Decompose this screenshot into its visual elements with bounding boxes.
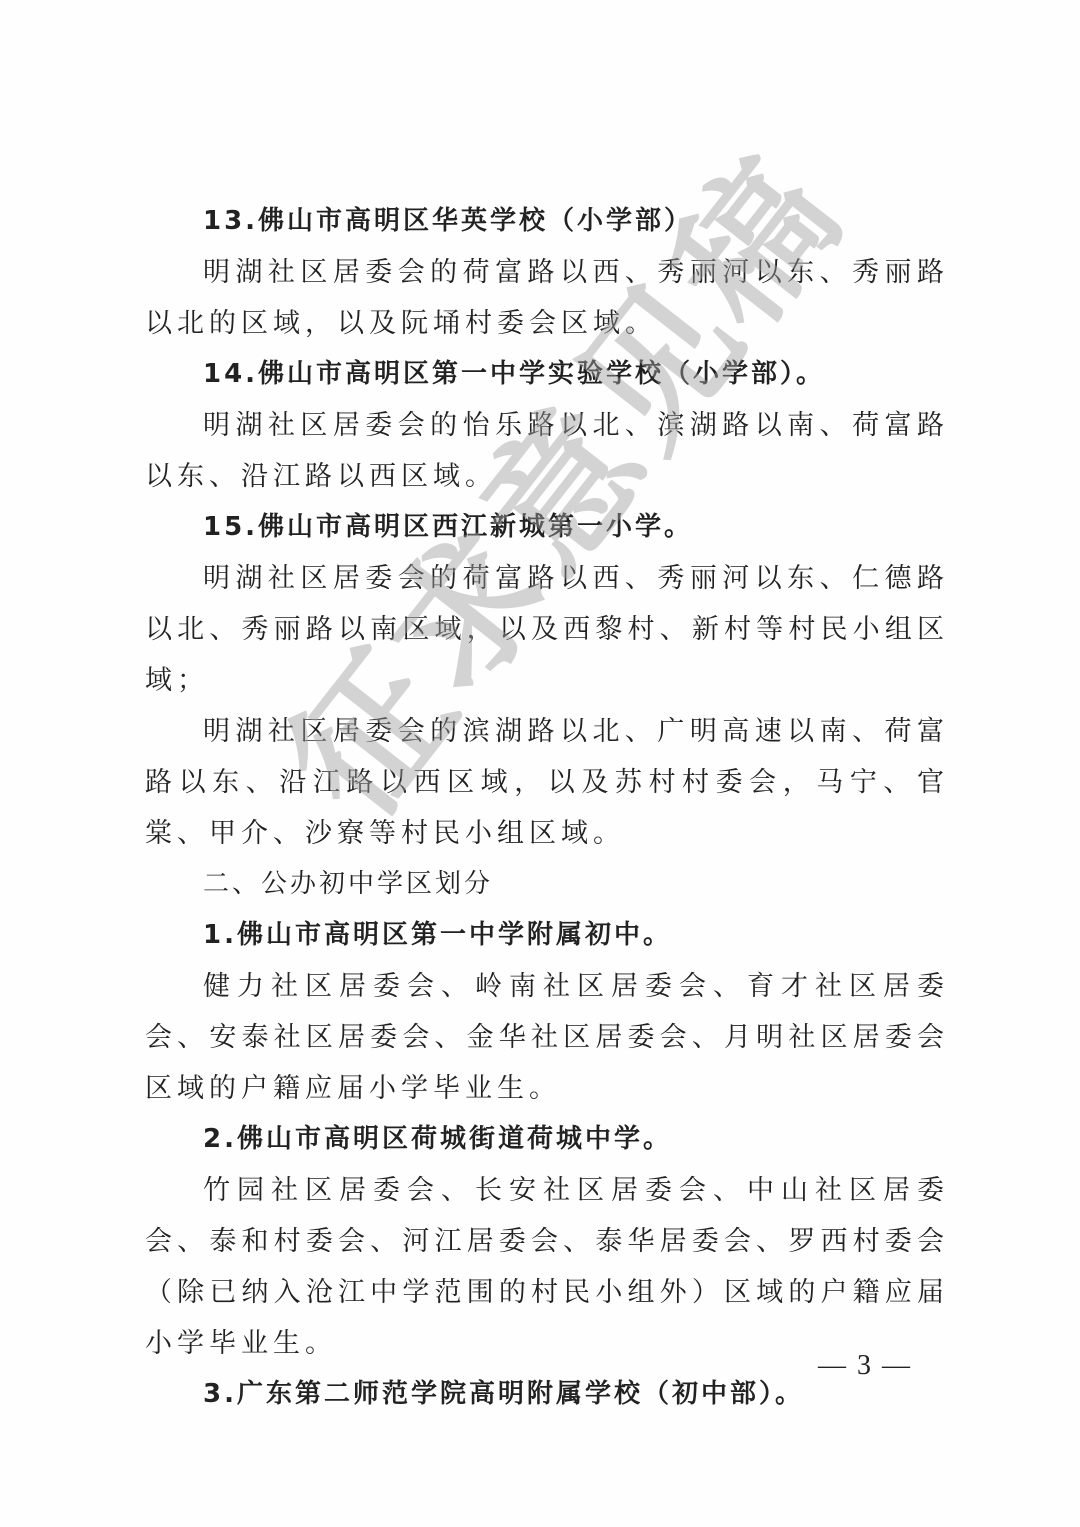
school-heading-13: 13.佛山市高明区华英学校（小学部） (145, 196, 949, 247)
school-heading-ms-2: 2.佛山市高明区荷城街道荷城中学。 (145, 1114, 949, 1165)
school-district-text-14: 明湖社区居委会的怡乐路以北、滨湖路以南、荷富路以东、沿江路以西区域。 (145, 400, 949, 502)
school-heading-ms-1: 1.佛山市高明区第一中学附属初中。 (145, 910, 949, 961)
school-district-text-13: 明湖社区居委会的荷富路以西、秀丽河以东、秀丽路以北的区域，以及阮埇村委会区域。 (145, 247, 949, 349)
school-district-text-15b: 明湖社区居委会的滨湖路以北、广明高速以南、荷富路以东、沿江路以西区域，以及苏村村… (145, 706, 949, 859)
school-district-text-ms-1: 健力社区居委会、岭南社区居委会、育才社区居委会、安泰社区居委会、金华社区居委会、… (145, 961, 949, 1114)
section-heading-middle-school: 二、公办初中学区划分 (145, 859, 949, 910)
document-page: 13.佛山市高明区华英学校（小学部） 明湖社区居委会的荷富路以西、秀丽河以东、秀… (0, 0, 1080, 1527)
school-district-text-15a: 明湖社区居委会的荷富路以西、秀丽河以东、仁德路以北、秀丽路以南区域，以及西黎村、… (145, 553, 949, 706)
school-district-text-ms-2: 竹园社区居委会、长安社区居委会、中山社区居委会、泰和村委会、河江居委会、泰华居委… (145, 1165, 949, 1369)
school-heading-15: 15.佛山市高明区西江新城第一小学。 (145, 502, 949, 553)
page-number: — 3 — (818, 1350, 912, 1382)
document-body: 13.佛山市高明区华英学校（小学部） 明湖社区居委会的荷富路以西、秀丽河以东、秀… (145, 196, 949, 1420)
school-heading-14: 14.佛山市高明区第一中学实验学校（小学部）。 (145, 349, 949, 400)
